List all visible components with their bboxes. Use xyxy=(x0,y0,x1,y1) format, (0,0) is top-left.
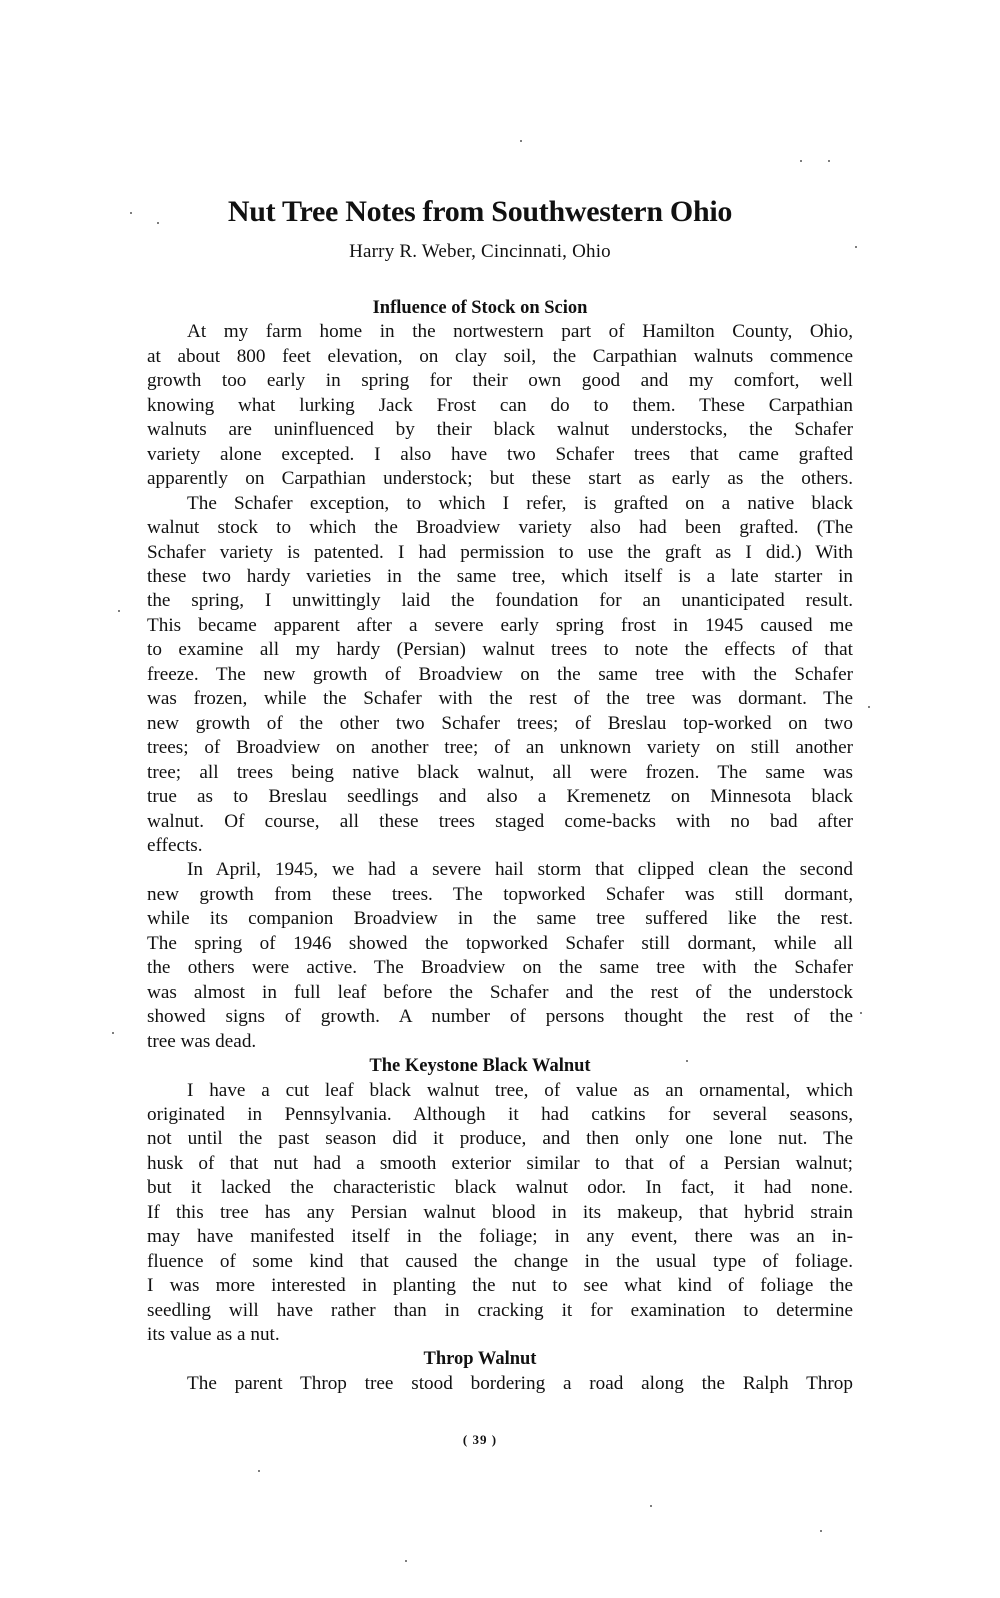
text-line: not until the past season did it produce… xyxy=(107,1127,853,1151)
text-line: Schafer variety is patented. I had permi… xyxy=(107,541,853,565)
scan-speck xyxy=(855,246,857,248)
paragraph: In April, 1945, we had a severe hail sto… xyxy=(107,858,853,1054)
text-line: walnut. Of course, all these trees stage… xyxy=(107,810,853,834)
section-heading-influence-of-stock: Influence of Stock on Scion xyxy=(107,296,853,320)
scan-speck xyxy=(118,610,120,612)
scan-speck xyxy=(130,212,132,214)
text-line: freeze. The new growth of Broadview on t… xyxy=(107,663,853,687)
text-line: The Schafer exception, to which I refer,… xyxy=(107,492,853,516)
text-line: knowing what lurking Jack Frost can do t… xyxy=(107,394,853,418)
scan-speck xyxy=(650,1505,652,1507)
text-line: its value as a nut. xyxy=(107,1323,853,1347)
text-line: the others were active. The Broadview on… xyxy=(107,956,853,980)
text-line: walnut stock to which the Broadview vari… xyxy=(107,516,853,540)
document-page: Nut Tree Notes from Southwestern Ohio Ha… xyxy=(0,0,1000,1598)
text-line: effects. xyxy=(107,834,853,858)
text-line: variety alone excepted. I also have two … xyxy=(107,443,853,467)
text-line: This became apparent after a severe earl… xyxy=(107,614,853,638)
text-line: tree was dead. xyxy=(107,1030,853,1054)
text-line: showed signs of growth. A number of pers… xyxy=(107,1005,853,1029)
text-line: walnuts are uninfluenced by their black … xyxy=(107,418,853,442)
text-line: but it lacked the characteristic black w… xyxy=(107,1176,853,1200)
article-title: Nut Tree Notes from Southwestern Ohio xyxy=(0,194,960,230)
text-line: growth too early in spring for their own… xyxy=(107,369,853,393)
scan-speck xyxy=(860,1012,862,1014)
text-line: trees; of Broadview on another tree; of … xyxy=(107,736,853,760)
text-line: at about 800 feet elevation, on clay soi… xyxy=(107,345,853,369)
text-line: seedling will have rather than in cracki… xyxy=(107,1299,853,1323)
text-line: tree; all trees being native black walnu… xyxy=(107,761,853,785)
scan-speck xyxy=(258,1470,260,1472)
paragraph: The Schafer exception, to which I refer,… xyxy=(107,492,853,859)
text-line: may have manifested itself in the foliag… xyxy=(107,1225,853,1249)
text-line: new growth of the other two Schafer tree… xyxy=(107,712,853,736)
text-line: new growth from these trees. The topwork… xyxy=(107,883,853,907)
scan-speck xyxy=(520,140,522,142)
paragraph: At my farm home in the nortwestern part … xyxy=(107,320,853,491)
text-line: was almost in full leaf before the Schaf… xyxy=(107,981,853,1005)
text-line: I have a cut leaf black walnut tree, of … xyxy=(107,1079,853,1103)
paragraph: I have a cut leaf black walnut tree, of … xyxy=(107,1079,853,1348)
text-line: originated in Pennsylvania. Although it … xyxy=(107,1103,853,1127)
text-line: to examine all my hardy (Persian) walnut… xyxy=(107,638,853,662)
text-line: these two hardy varieties in the same tr… xyxy=(107,565,853,589)
text-line: while its companion Broadview in the sam… xyxy=(107,907,853,931)
scan-speck xyxy=(112,1032,114,1034)
section-heading-keystone-black-walnut: The Keystone Black Walnut xyxy=(107,1054,853,1078)
scan-speck xyxy=(686,1060,688,1062)
text-line: If this tree has any Persian walnut bloo… xyxy=(107,1201,853,1225)
text-line: fluence of some kind that caused the cha… xyxy=(107,1250,853,1274)
text-line: was frozen, while the Schafer with the r… xyxy=(107,687,853,711)
scan-speck xyxy=(868,706,870,708)
scan-speck xyxy=(820,1530,822,1532)
article-body: Influence of Stock on Scion At my farm h… xyxy=(107,272,853,1396)
text-line: true as to Breslau seedlings and also a … xyxy=(107,785,853,809)
text-line: apparently on Carpathian understock; but… xyxy=(107,467,853,491)
text-line: In April, 1945, we had a severe hail sto… xyxy=(107,858,853,882)
scan-speck xyxy=(157,222,159,224)
paragraph: The parent Throp tree stood bordering a … xyxy=(107,1372,853,1396)
text-line: The parent Throp tree stood bordering a … xyxy=(107,1372,853,1396)
text-line: the spring, I unwittingly laid the found… xyxy=(107,589,853,613)
page-number: ( 39 ) xyxy=(0,1432,960,1448)
text-line: At my farm home in the nortwestern part … xyxy=(107,320,853,344)
scan-speck xyxy=(828,160,830,162)
section-heading-throp-walnut: Throp Walnut xyxy=(107,1347,853,1371)
text-line: The spring of 1946 showed the topworked … xyxy=(107,932,853,956)
scan-speck xyxy=(800,160,802,162)
scan-speck xyxy=(405,1560,407,1562)
author-byline: Harry R. Weber, Cincinnati, Ohio xyxy=(0,240,960,264)
text-line: husk of that nut had a smooth exterior s… xyxy=(107,1152,853,1176)
text-line: I was more interested in planting the nu… xyxy=(107,1274,853,1298)
